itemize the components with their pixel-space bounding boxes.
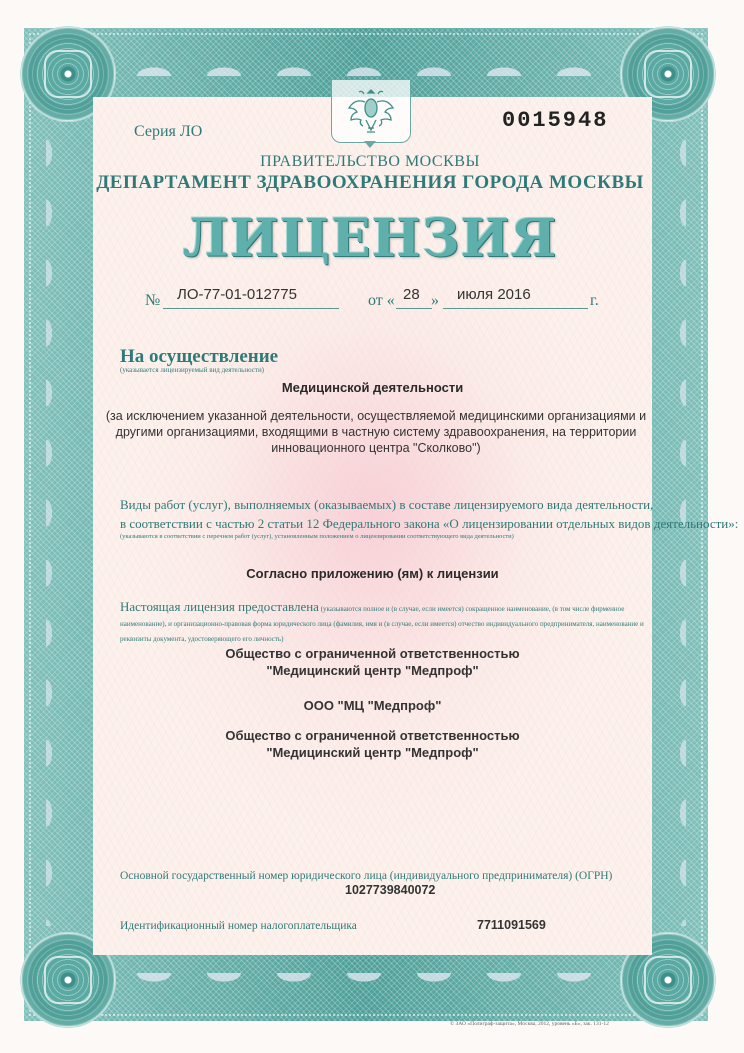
works-heading: Виды работ (услуг), выполняемых (оказыва… [120, 495, 738, 533]
document-title: ЛИЦЕНЗИЯ [100, 208, 640, 269]
border-wave-left [46, 123, 68, 926]
serial-number: 0015948 [502, 108, 608, 133]
number-label: № [145, 292, 160, 310]
license-month-year: июля 2016 [457, 286, 531, 303]
activity-name: Медицинской деятельности [93, 380, 652, 395]
licensee-brand-name: Общество с ограниченной ответственностью… [93, 727, 652, 761]
series-label: Серия ЛО [134, 123, 202, 141]
works-value: Согласно приложению (ям) к лицензии [93, 566, 652, 581]
licensee-heading: Настоящая лицензия предоставлена [120, 599, 319, 614]
printer-copyright: © ЗАО «Полиграф-защита», Москва, 2012, у… [450, 1021, 609, 1027]
activity-heading-note: (указывается лицензируемый вид деятельно… [120, 366, 264, 374]
works-note: (указываются в соответствии с перечнем р… [120, 533, 514, 540]
inn-label: Идентификационный номер налогоплательщик… [120, 920, 357, 932]
ogrn-label: Основной государственный номер юридическ… [120, 870, 612, 882]
works-line-2: в соответствии с частью 2 статьи 12 Феде… [120, 514, 738, 533]
license-day: 28 [403, 286, 420, 303]
licensee-heading-block: Настоящая лицензия предоставлена (указыв… [120, 599, 650, 647]
issuer-government: ПРАВИТЕЛЬСТВО МОСКВЫ [100, 153, 640, 171]
day-underline [396, 308, 432, 309]
licensee-full-name: Общество с ограниченной ответственностью… [93, 645, 652, 679]
ogrn-value: 1027739840072 [345, 883, 435, 897]
coat-of-arms-icon [331, 80, 411, 143]
activity-heading: На осуществление [120, 346, 278, 368]
month-underline [443, 308, 588, 309]
license-number: ЛО-77-01-012775 [177, 286, 297, 303]
border-wave-bottom [119, 973, 613, 1003]
emblem-shield-notch [364, 141, 376, 148]
inn-value: 7711091569 [477, 918, 546, 932]
works-line-1: Виды работ (услуг), выполняемых (оказыва… [120, 495, 738, 514]
issuer-department: ДЕПАРТАМЕНТ ЗДРАВООХРАНЕНИЯ ГОРОДА МОСКВ… [80, 172, 660, 194]
activity-exclusion: (за исключением указанной деятельности, … [93, 408, 659, 456]
licensee-short-name: ООО "МЦ "Медпроф" [93, 697, 652, 714]
border-wave-top [119, 46, 613, 76]
license-number-row: № ЛО-77-01-012775 от « 28 » июля 2016 г. [145, 286, 605, 310]
date-prefix: от « [368, 292, 395, 310]
date-mid: » [431, 292, 439, 310]
year-suffix: г. [590, 292, 599, 310]
number-underline [163, 308, 339, 309]
